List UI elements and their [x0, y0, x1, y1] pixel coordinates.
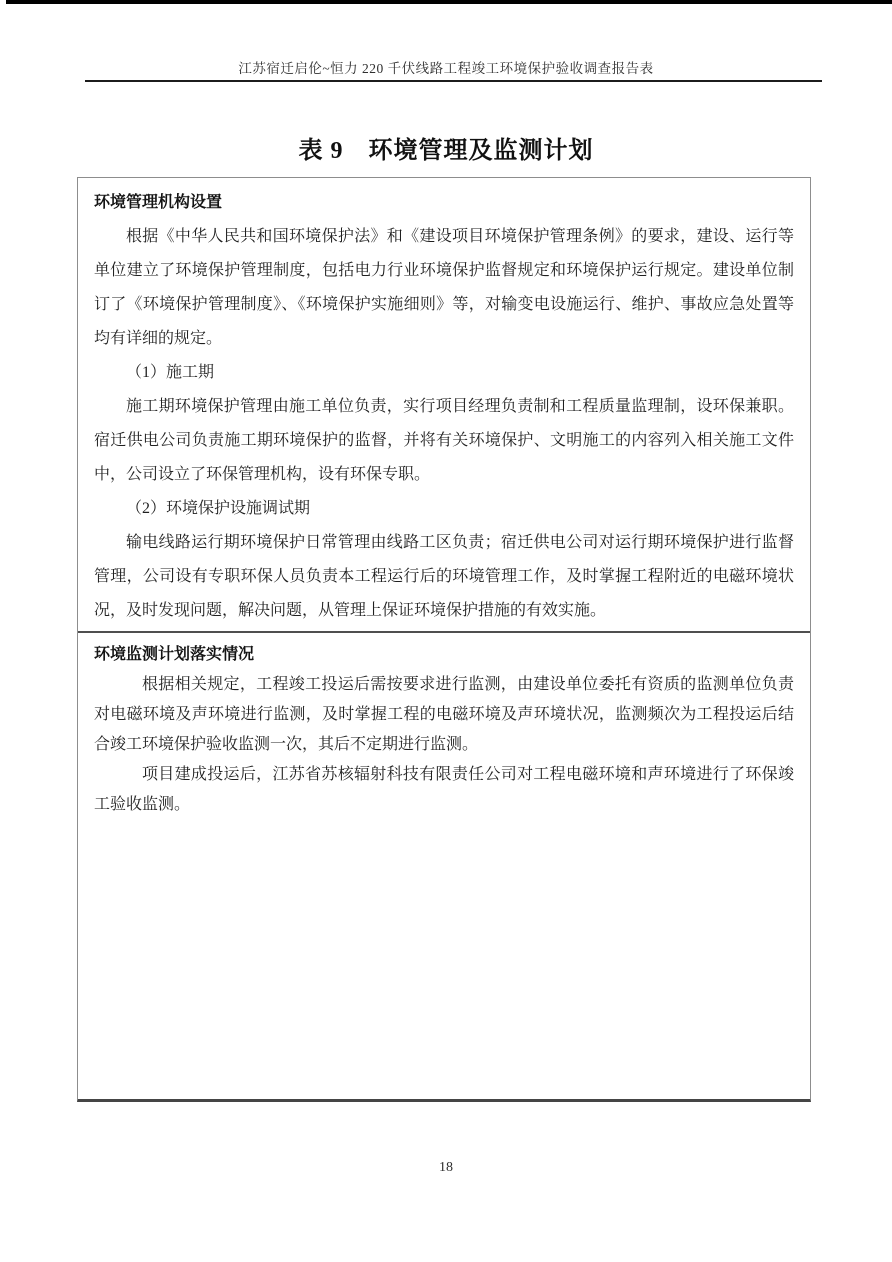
scan-top-edge-line — [6, 0, 892, 4]
construction-period-paragraph: 施工期环境保护管理由施工单位负责，实行项目经理负责制和工程质量监理制，设环保兼职… — [94, 390, 794, 492]
monitoring-section-heading: 环境监测计划落实情况 — [94, 640, 794, 670]
running-head: 江苏宿迁启伦~恒力 220 千伏线路工程竣工环境保护验收调查报告表 — [0, 57, 892, 77]
report-table: 环境管理机构设置 根据《中华人民共和国环境保护法》和《建设项目环境保护管理条例》… — [77, 177, 811, 1102]
page-number: 18 — [0, 1160, 892, 1176]
section-monitoring: 环境监测计划落实情况 根据相关规定，工程竣工投运后需按要求进行监测，由建设单位委… — [78, 631, 810, 820]
monitoring-implementation-paragraph: 项目建成投运后，江苏省苏核辐射科技有限责任公司对工程电磁环境和声环境进行了环保竣… — [94, 760, 794, 820]
monitoring-requirements-paragraph: 根据相关规定，工程竣工投运后需按要求进行监测，由建设单位委托有资质的监测单位负责… — [94, 670, 794, 760]
commissioning-period-heading: （2）环境保护设施调试期 — [94, 492, 794, 526]
header-rule — [85, 80, 822, 82]
section-management: 环境管理机构设置 根据《中华人民共和国环境保护法》和《建设项目环境保护管理条例》… — [78, 178, 810, 631]
management-section-heading: 环境管理机构设置 — [94, 186, 794, 220]
management-intro-paragraph: 根据《中华人民共和国环境保护法》和《建设项目环境保护管理条例》的要求，建设、运行… — [94, 220, 794, 356]
commissioning-period-paragraph: 输电线路运行期环境保护日常管理由线路工区负责；宿迁供电公司对运行期环境保护进行监… — [94, 526, 794, 628]
construction-period-heading: （1）施工期 — [94, 356, 794, 390]
page-title: 表 9 环境管理及监测计划 — [0, 130, 892, 165]
